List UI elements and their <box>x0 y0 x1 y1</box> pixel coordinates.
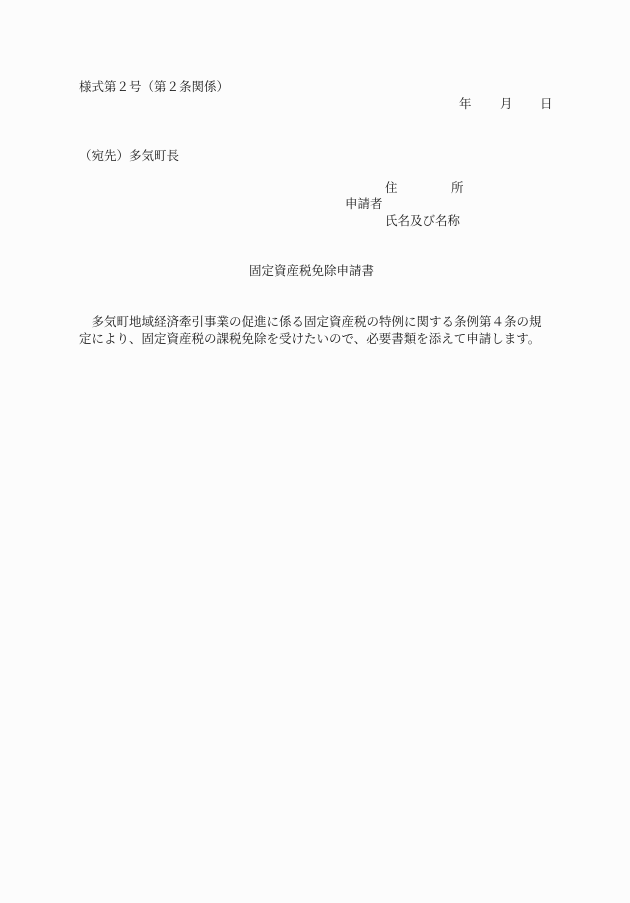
address-label-1: 住 <box>385 180 398 196</box>
body-text: 多気町地域経済牽引事業の促進に係る固定資産税の特例に関する条例第４条の規定により… <box>79 313 553 347</box>
applicant-label: 申請者 <box>345 196 383 212</box>
name-label: 氏名及び名称 <box>385 213 460 229</box>
date-day-label: 日 <box>540 96 553 112</box>
document-title: 固定資産税免除申請書 <box>249 263 374 279</box>
address-label-2: 所 <box>451 180 464 196</box>
date-month-label: 月 <box>500 96 513 112</box>
form-number: 様式第２号（第２条関係） <box>79 79 229 95</box>
date-year-label: 年 <box>459 96 472 112</box>
addressee: （宛先）多気町長 <box>79 148 179 164</box>
